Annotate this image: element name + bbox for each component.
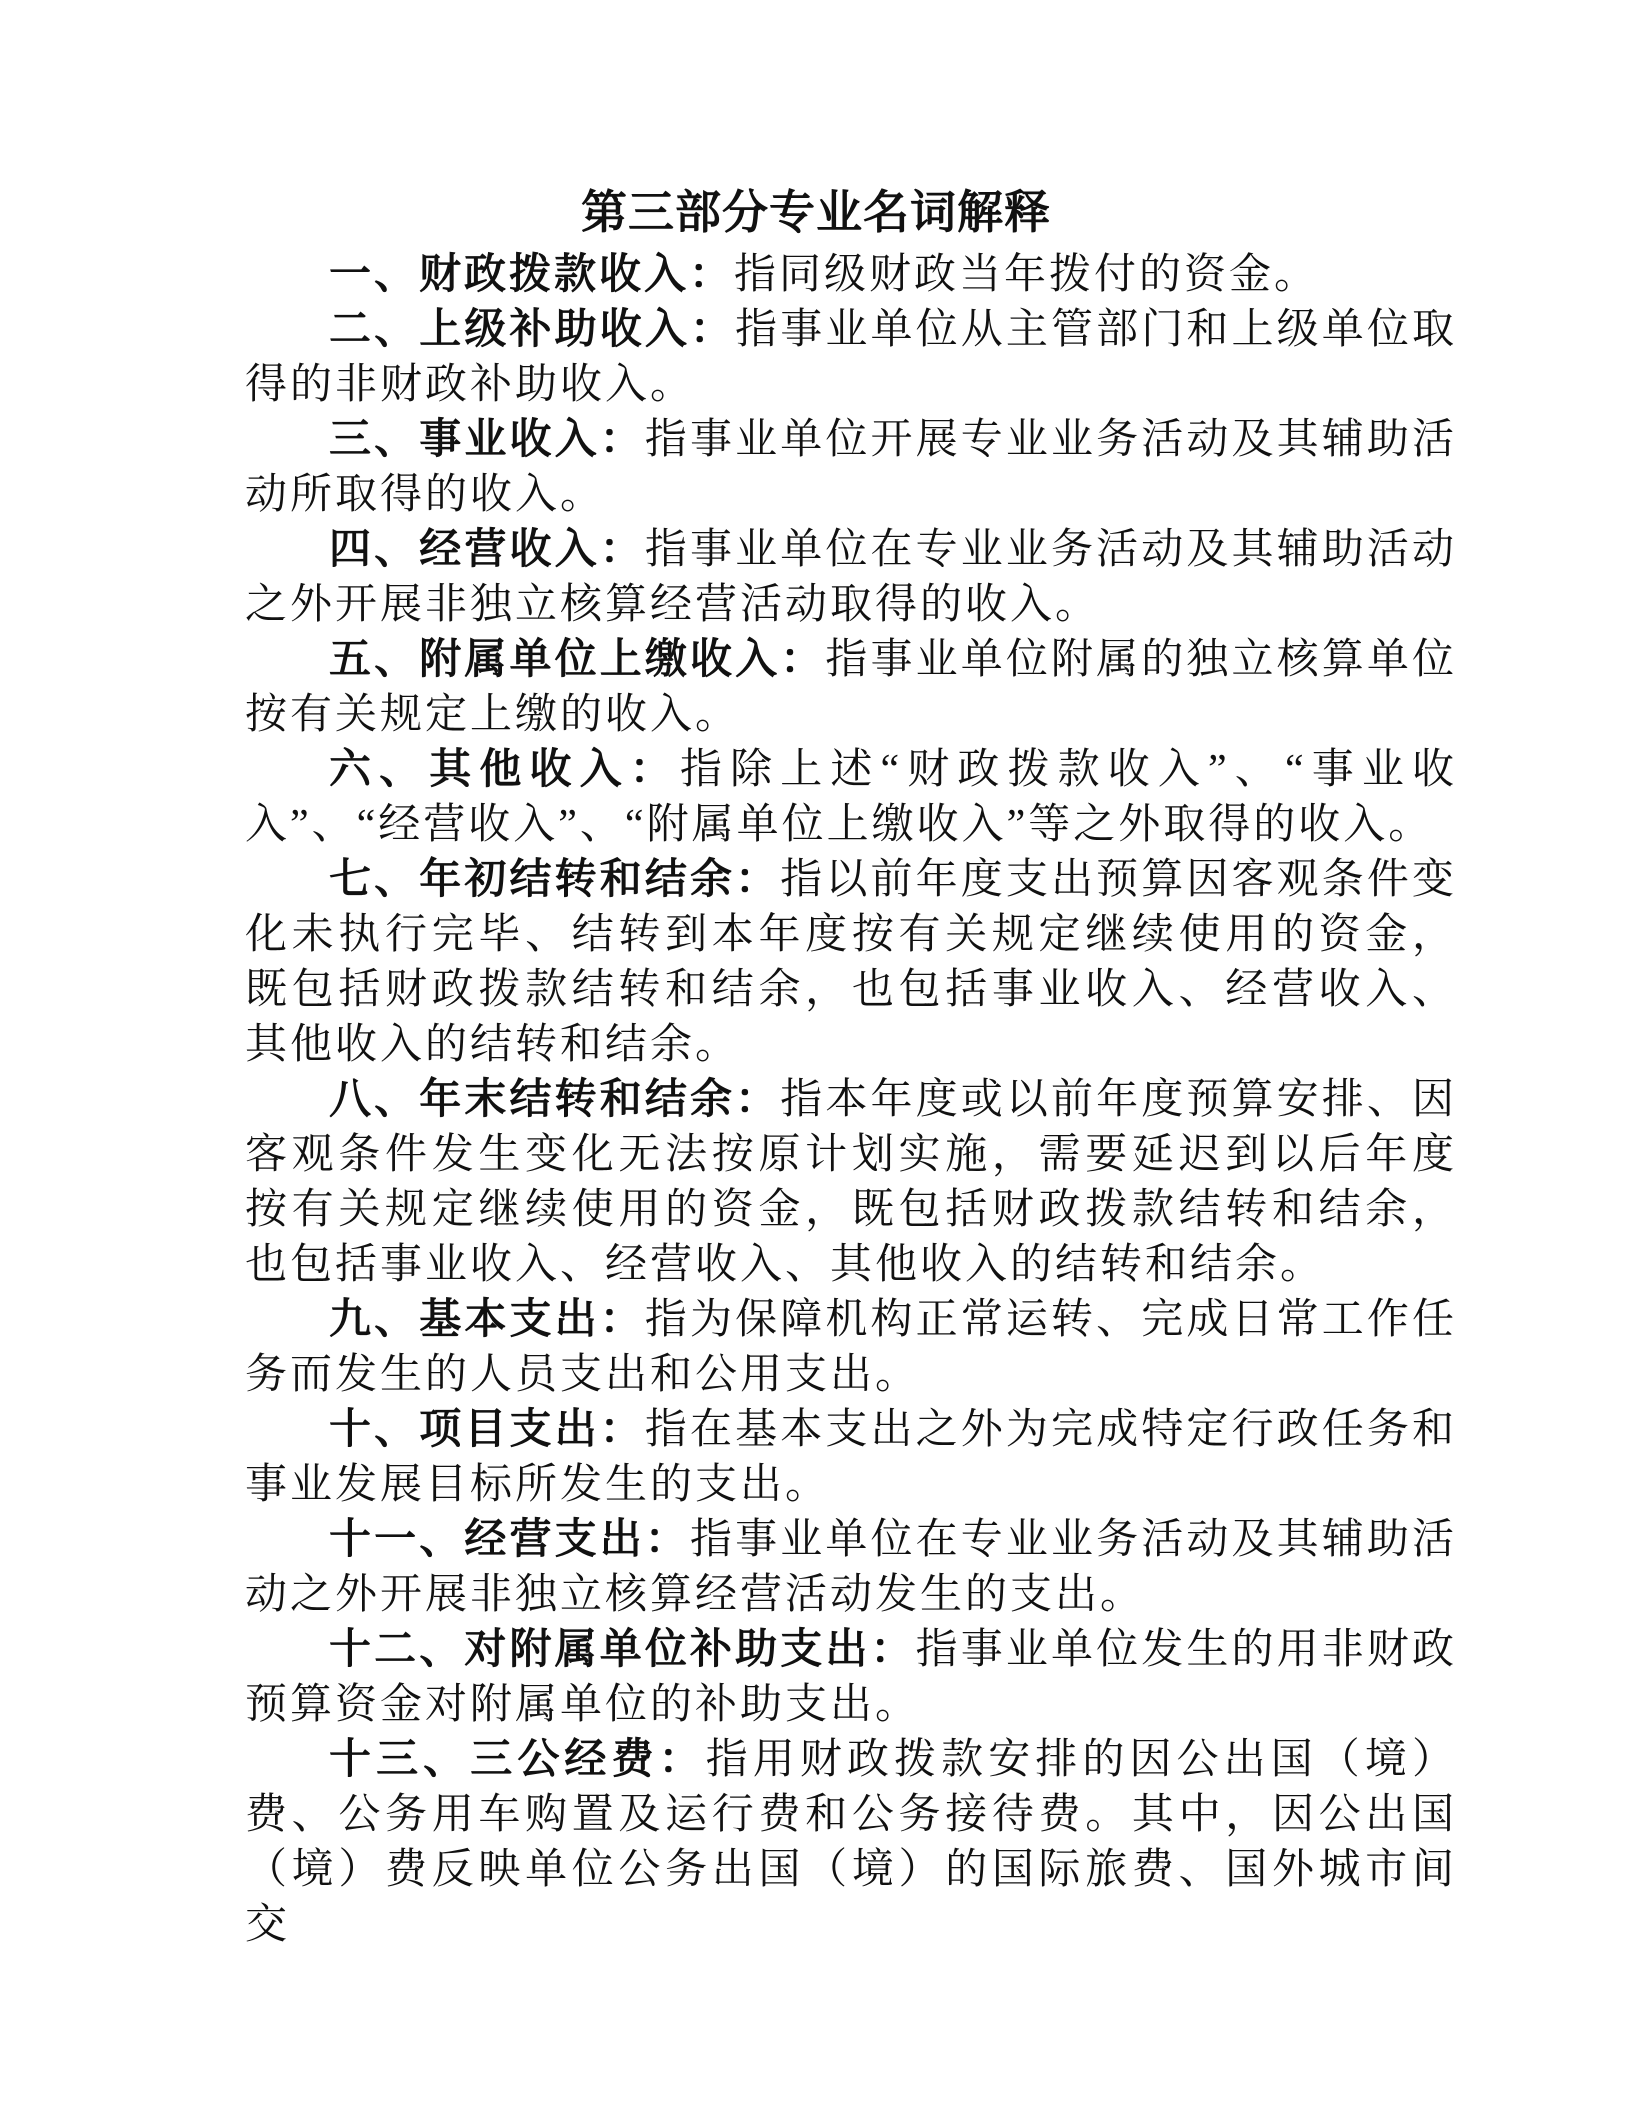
definitions-list: 一、财政拨款收入：指同级财政当年拨付的资金。二、上级补助收入：指事业单位从主管部… (0, 248, 1632, 1953)
term-label: 七、年初结转和结余： (329, 857, 780, 903)
definition-item: 三、事业收入：指事业单位开展专业业务活动及其辅助活动所取得的收入。 (245, 413, 1457, 523)
term-label: 六、其他收入： (329, 747, 680, 793)
term-label: 二、上级补助收入： (329, 307, 735, 353)
term-label: 八、年末结转和结余： (329, 1077, 780, 1123)
definition-item: 八、年末结转和结余：指本年度或以前年度预算安排、因客观条件发生变化无法按原计划实… (245, 1073, 1457, 1293)
definition-item: 十一、经营支出：指事业单位在专业业务活动及其辅助活动之外开展非独立核算经营活动发… (245, 1513, 1457, 1623)
term-label: 一、财政拨款收入： (329, 252, 734, 298)
term-label: 十三、三公经费： (329, 1737, 706, 1783)
term-label: 十一、经营支出： (329, 1517, 690, 1563)
definition-item: 四、经营收入：指事业单位在专业业务活动及其辅助活动之外开展非独立核算经营活动取得… (245, 523, 1457, 633)
definition-item: 五、附属单位上缴收入：指事业单位附属的独立核算单位按有关规定上缴的收入。 (245, 633, 1457, 743)
definition-item: 七、年初结转和结余：指以前年度支出预算因客观条件变化未执行完毕、结转到本年度按有… (245, 853, 1457, 1073)
definition-text: 指同级财政当年拨付的资金。 (734, 252, 1319, 298)
definition-item: 十二、对附属单位补助支出：指事业单位发生的用非财政预算资金对附属单位的补助支出。 (245, 1623, 1457, 1733)
document-page: 第三部分专业名词解释 一、财政拨款收入：指同级财政当年拨付的资金。二、上级补助收… (0, 0, 1632, 2112)
term-label: 五、附属单位上缴收入： (329, 637, 825, 683)
term-label: 三、事业收入： (329, 417, 645, 463)
definition-item: 九、基本支出：指为保障机构正常运转、完成日常工作任务而发生的人员支出和公用支出。 (245, 1293, 1457, 1403)
term-label: 九、基本支出： (329, 1297, 645, 1343)
definition-item: 十三、三公经费：指用财政拨款安排的因公出国（境）费、公务用车购置及运行费和公务接… (245, 1733, 1457, 1953)
definition-item: 十、项目支出：指在基本支出之外为完成特定行政任务和事业发展目标所发生的支出。 (245, 1403, 1457, 1513)
definition-item: 二、上级补助收入：指事业单位从主管部门和上级单位取得的非财政补助收入。 (245, 303, 1457, 413)
definition-item: 六、其他收入：指除上述“财政拨款收入”、“事业收入”、“经营收入”、“附属单位上… (245, 743, 1457, 853)
page-title: 第三部分专业名词解释 (0, 185, 1632, 240)
term-label: 十二、对附属单位补助支出： (329, 1627, 916, 1673)
term-label: 四、经营收入： (329, 527, 645, 573)
term-label: 十、项目支出： (329, 1407, 645, 1453)
definition-item: 一、财政拨款收入：指同级财政当年拨付的资金。 (245, 248, 1457, 303)
